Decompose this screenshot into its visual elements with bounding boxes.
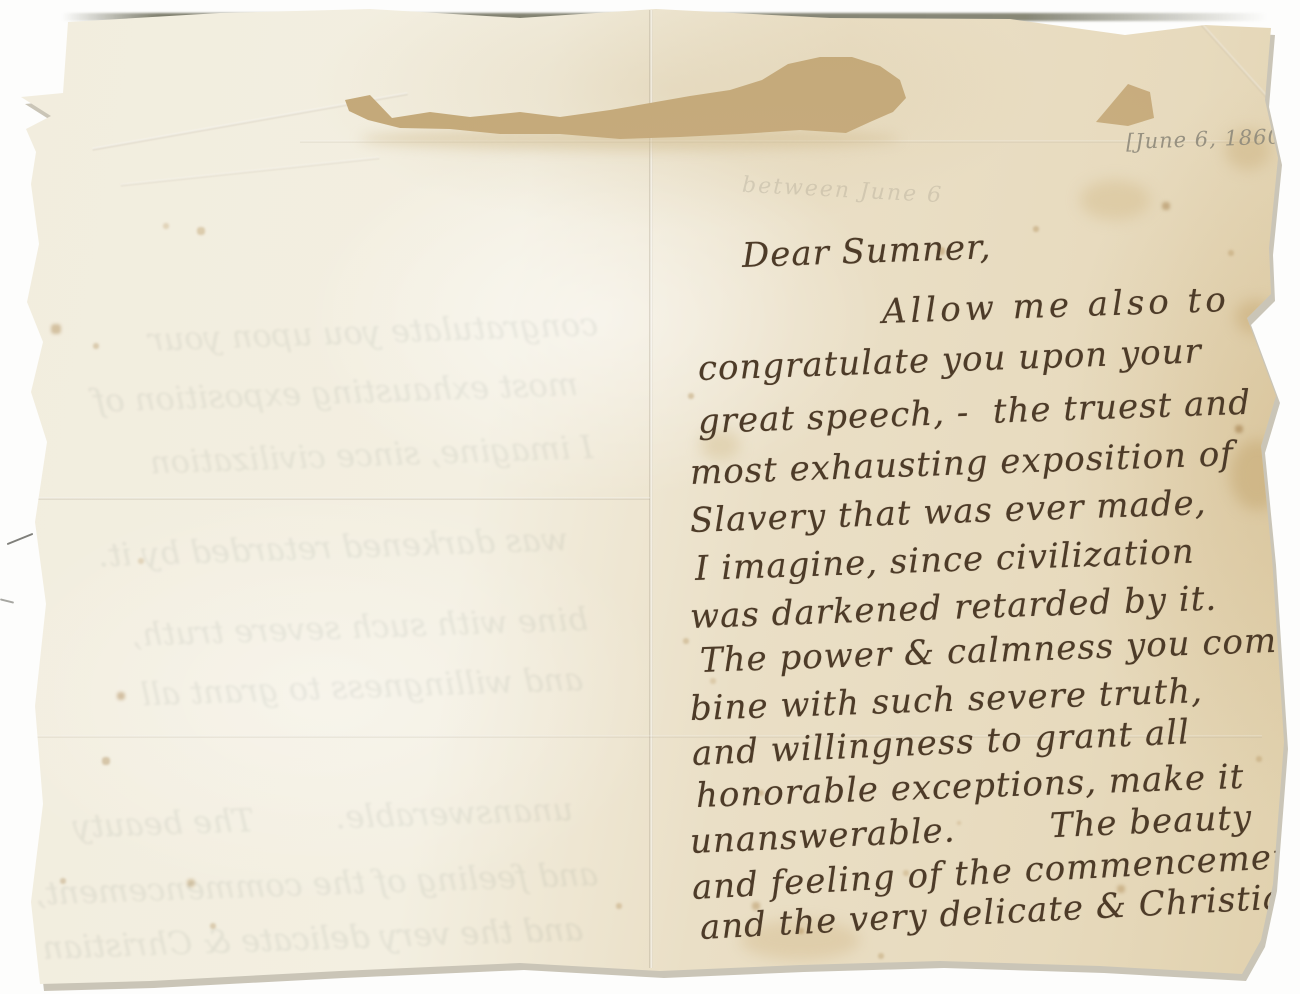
letter-sheet: congratulate you upon your most exhausti… bbox=[0, 0, 1300, 994]
bleed-line: I imagine, since civilization bbox=[149, 428, 593, 481]
bleed-line: unanswerable. The beauty bbox=[72, 790, 573, 845]
scanner-fiber bbox=[7, 533, 34, 545]
bleed-line: was darkened retarded by it. bbox=[98, 520, 569, 574]
handwriting-line: great speech, - the truest and bbox=[697, 383, 1251, 442]
handwriting-line: I imagine, since civilization bbox=[694, 532, 1195, 589]
bleed-line: and the very delicate & Christian bbox=[42, 910, 584, 967]
bleed-line: most exhausting exposition of bbox=[93, 365, 579, 420]
handwriting-line: congratulate you upon your bbox=[697, 331, 1202, 389]
bleed-line: and willingness to grant all bbox=[140, 660, 584, 713]
foxing-spots bbox=[0, 0, 2, 2]
ink-bleed-through: congratulate you upon your most exhausti… bbox=[38, 0, 638, 994]
salutation: Dear Sumner, bbox=[741, 227, 992, 276]
age-blotch bbox=[1080, 180, 1150, 220]
handwriting-line: Slavery that was ever made, bbox=[689, 483, 1207, 541]
handwriting-line: Allow me also to bbox=[881, 280, 1230, 332]
wrinkle-mark bbox=[1197, 20, 1273, 104]
fold-crease-vertical bbox=[649, 10, 653, 968]
scanner-fiber bbox=[0, 598, 14, 603]
bleed-line: congratulate you upon your bbox=[148, 305, 599, 359]
age-blotch bbox=[1230, 440, 1284, 510]
document-scan: { "annotations": { "date_pencil": "[June… bbox=[0, 0, 1300, 994]
pencil-faint-annotation: between June 6 bbox=[741, 173, 943, 208]
bleed-line: and feeling of the commencement, bbox=[35, 855, 599, 913]
scanner-background: congratulate you upon your most exhausti… bbox=[0, 0, 1300, 994]
bleed-line: bine with such severe truth, bbox=[131, 600, 589, 654]
